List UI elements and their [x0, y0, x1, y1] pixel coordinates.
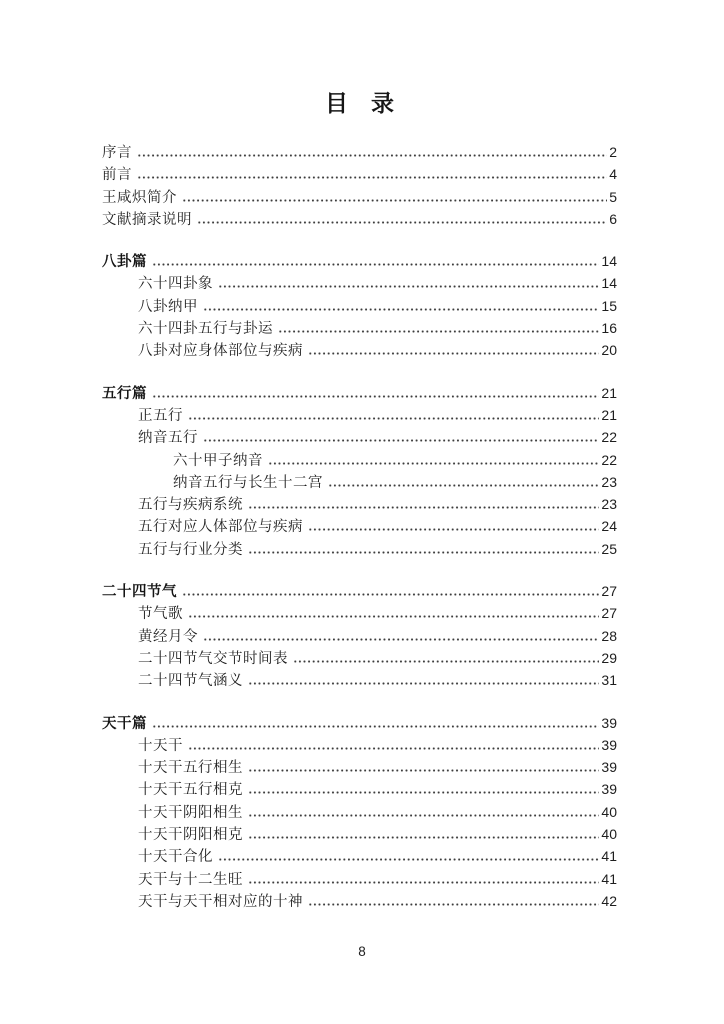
- toc-entry: 六十四卦象14: [102, 272, 617, 294]
- toc-entry: 二十四节气27: [102, 580, 617, 602]
- toc-entry: 天干与天干相对应的十神42: [102, 890, 617, 912]
- toc-entry-label: 八卦纳甲: [138, 296, 198, 318]
- dot-leader: [308, 903, 599, 906]
- toc-entry-page-number: 31: [601, 669, 617, 691]
- toc-entry: 文献摘录说明6: [102, 208, 617, 230]
- toc-group: 二十四节气27节气歌27黄经月令28二十四节气交节时间表29二十四节气涵义31: [102, 580, 617, 691]
- toc-entry: 十天干五行相生39: [102, 756, 617, 778]
- toc-entry: 八卦纳甲15: [102, 295, 617, 317]
- toc-entry: 节气歌27: [102, 602, 617, 624]
- toc-entry: 六十甲子纳音22: [102, 449, 617, 471]
- toc-entry-page-number: 14: [601, 272, 617, 294]
- toc-entry-label: 十天干: [138, 735, 183, 757]
- toc-entry-label: 纳音五行与长生十二宫: [173, 472, 323, 494]
- toc-entry-page-number: 40: [601, 823, 617, 845]
- toc-entry-page-number: 25: [601, 538, 617, 560]
- toc-entry-label: 十天干五行相生: [138, 757, 243, 779]
- toc-entry-label: 天干与十二生旺: [138, 869, 243, 891]
- toc-entry-page-number: 23: [601, 471, 617, 493]
- toc-entry-page-number: 2: [609, 141, 617, 163]
- toc-entry-label: 节气歌: [138, 603, 183, 625]
- toc-entry-label: 六十甲子纳音: [173, 450, 263, 472]
- dot-leader: [248, 506, 599, 509]
- dot-leader: [248, 836, 599, 839]
- toc-entry-label: 五行对应人体部位与疾病: [138, 516, 303, 538]
- toc-entry-page-number: 40: [601, 801, 617, 823]
- dot-leader: [188, 615, 599, 618]
- dot-leader: [308, 528, 599, 531]
- toc-entry-label: 序言: [102, 142, 132, 164]
- dot-leader: [218, 858, 599, 861]
- toc-entry: 八卦对应身体部位与疾病20: [102, 339, 617, 361]
- toc-entry-page-number: 28: [601, 625, 617, 647]
- dot-leader: [248, 769, 599, 772]
- toc-entry: 天干与十二生旺41: [102, 868, 617, 890]
- toc-entry: 八卦篇14: [102, 250, 617, 272]
- toc-group: 序言2前言4王咸炽简介5文献摘录说明6: [102, 141, 617, 230]
- toc-entry-page-number: 27: [601, 602, 617, 624]
- toc-entry: 十天干39: [102, 734, 617, 756]
- dot-leader: [248, 791, 599, 794]
- toc-entry-page-number: 4: [609, 163, 617, 185]
- toc-entry: 五行与疾病系统23: [102, 493, 617, 515]
- toc-entry: 五行对应人体部位与疾病24: [102, 515, 617, 537]
- toc-entry-label: 二十四节气交节时间表: [138, 648, 288, 670]
- toc-entry-page-number: 39: [601, 734, 617, 756]
- toc-entry: 前言4: [102, 163, 617, 185]
- toc-entry-label: 五行与疾病系统: [138, 494, 243, 516]
- dot-leader: [203, 308, 599, 311]
- toc-entry: 十天干五行相克39: [102, 778, 617, 800]
- toc-entry-label: 天干篇: [102, 713, 147, 735]
- toc-entry-page-number: 41: [601, 845, 617, 867]
- dot-leader: [137, 154, 607, 157]
- dot-leader: [137, 176, 607, 179]
- toc-entry-label: 纳音五行: [138, 427, 198, 449]
- toc-entry: 纳音五行与长生十二宫23: [102, 471, 617, 493]
- toc-entry: 序言2: [102, 141, 617, 163]
- toc-entry-label: 正五行: [138, 405, 183, 427]
- dot-leader: [248, 881, 599, 884]
- toc-entry-label: 黄经月令: [138, 626, 198, 648]
- dot-leader: [182, 593, 599, 596]
- dot-leader: [182, 199, 607, 202]
- toc-entry: 五行与行业分类25: [102, 538, 617, 560]
- toc-group: 八卦篇14六十四卦象14八卦纳甲15六十四卦五行与卦运16八卦对应身体部位与疾病…: [102, 250, 617, 361]
- toc-entry: 二十四节气交节时间表29: [102, 647, 617, 669]
- dot-leader: [188, 417, 599, 420]
- toc-entry-label: 天干与天干相对应的十神: [138, 891, 303, 913]
- toc-entry-page-number: 27: [601, 580, 617, 602]
- dot-leader: [308, 352, 599, 355]
- dot-leader: [188, 747, 599, 750]
- toc-entry-page-number: 41: [601, 868, 617, 890]
- toc-entry-page-number: 39: [601, 712, 617, 734]
- toc-entry-page-number: 22: [601, 449, 617, 471]
- toc-entry: 十天干阴阳相克40: [102, 823, 617, 845]
- toc-group: 天干篇39十天干39十天干五行相生39十天干五行相克39十天干阴阳相生40十天干…: [102, 712, 617, 913]
- toc-entry-label: 六十四卦象: [138, 273, 213, 295]
- toc-entry-page-number: 24: [601, 515, 617, 537]
- toc-entry-page-number: 5: [609, 186, 617, 208]
- toc-entry: 十天干合化41: [102, 845, 617, 867]
- dot-leader: [197, 221, 607, 224]
- toc-entry-page-number: 29: [601, 647, 617, 669]
- page-footer: 8: [0, 944, 724, 959]
- toc-entry-page-number: 42: [601, 890, 617, 912]
- toc-entry-page-number: 23: [601, 493, 617, 515]
- toc-entry-page-number: 21: [601, 382, 617, 404]
- toc-entry-label: 五行与行业分类: [138, 539, 243, 561]
- toc-entry-label: 八卦对应身体部位与疾病: [138, 340, 303, 362]
- toc-entry-label: 十天干五行相克: [138, 779, 243, 801]
- toc-entry-page-number: 16: [601, 317, 617, 339]
- footer-page-number: 8: [358, 944, 366, 959]
- dot-leader: [248, 682, 599, 685]
- toc-entry-label: 王咸炽简介: [102, 187, 177, 209]
- dot-leader: [268, 462, 599, 465]
- dot-leader: [203, 638, 599, 641]
- dot-leader: [152, 263, 599, 266]
- toc-list: 序言2前言4王咸炽简介5文献摘录说明6八卦篇14六十四卦象14八卦纳甲15六十四…: [102, 141, 617, 912]
- toc-entry-label: 六十四卦五行与卦运: [138, 318, 273, 340]
- dot-leader: [218, 285, 599, 288]
- toc-entry-page-number: 39: [601, 778, 617, 800]
- toc-entry: 黄经月令28: [102, 625, 617, 647]
- toc-entry-label: 文献摘录说明: [102, 209, 192, 231]
- toc-entry: 六十四卦五行与卦运16: [102, 317, 617, 339]
- toc-entry-label: 二十四节气: [102, 581, 177, 603]
- toc-entry-page-number: 20: [601, 339, 617, 361]
- toc-entry-label: 二十四节气涵义: [138, 670, 243, 692]
- toc-content: 目 录 序言2前言4王咸炽简介5文献摘录说明6八卦篇14六十四卦象14八卦纳甲1…: [102, 0, 617, 912]
- dot-leader: [248, 551, 599, 554]
- dot-leader: [278, 330, 599, 333]
- toc-entry-label: 五行篇: [102, 383, 147, 405]
- toc-entry-page-number: 21: [601, 404, 617, 426]
- document-page: 目 录 序言2前言4王咸炽简介5文献摘录说明6八卦篇14六十四卦象14八卦纳甲1…: [0, 0, 724, 1024]
- toc-entry-label: 十天干阴阳相生: [138, 802, 243, 824]
- toc-entry: 天干篇39: [102, 712, 617, 734]
- toc-entry-page-number: 14: [601, 250, 617, 272]
- toc-entry-label: 十天干合化: [138, 846, 213, 868]
- toc-entry: 正五行21: [102, 404, 617, 426]
- page-title: 目 录: [102, 0, 617, 118]
- toc-entry: 二十四节气涵义31: [102, 669, 617, 691]
- dot-leader: [203, 439, 599, 442]
- toc-entry-label: 前言: [102, 164, 132, 186]
- toc-entry-page-number: 15: [601, 295, 617, 317]
- toc-group: 五行篇21正五行21纳音五行22六十甲子纳音22纳音五行与长生十二宫23五行与疾…: [102, 382, 617, 560]
- toc-entry-page-number: 22: [601, 426, 617, 448]
- toc-entry: 五行篇21: [102, 382, 617, 404]
- toc-entry-page-number: 39: [601, 756, 617, 778]
- dot-leader: [328, 484, 599, 487]
- toc-entry: 十天干阴阳相生40: [102, 801, 617, 823]
- dot-leader: [152, 395, 599, 398]
- dot-leader: [152, 725, 599, 728]
- toc-entry: 纳音五行22: [102, 426, 617, 448]
- toc-entry-page-number: 6: [609, 208, 617, 230]
- dot-leader: [293, 660, 599, 663]
- toc-entry-label: 八卦篇: [102, 251, 147, 273]
- toc-entry: 王咸炽简介5: [102, 186, 617, 208]
- dot-leader: [248, 814, 599, 817]
- toc-entry-label: 十天干阴阳相克: [138, 824, 243, 846]
